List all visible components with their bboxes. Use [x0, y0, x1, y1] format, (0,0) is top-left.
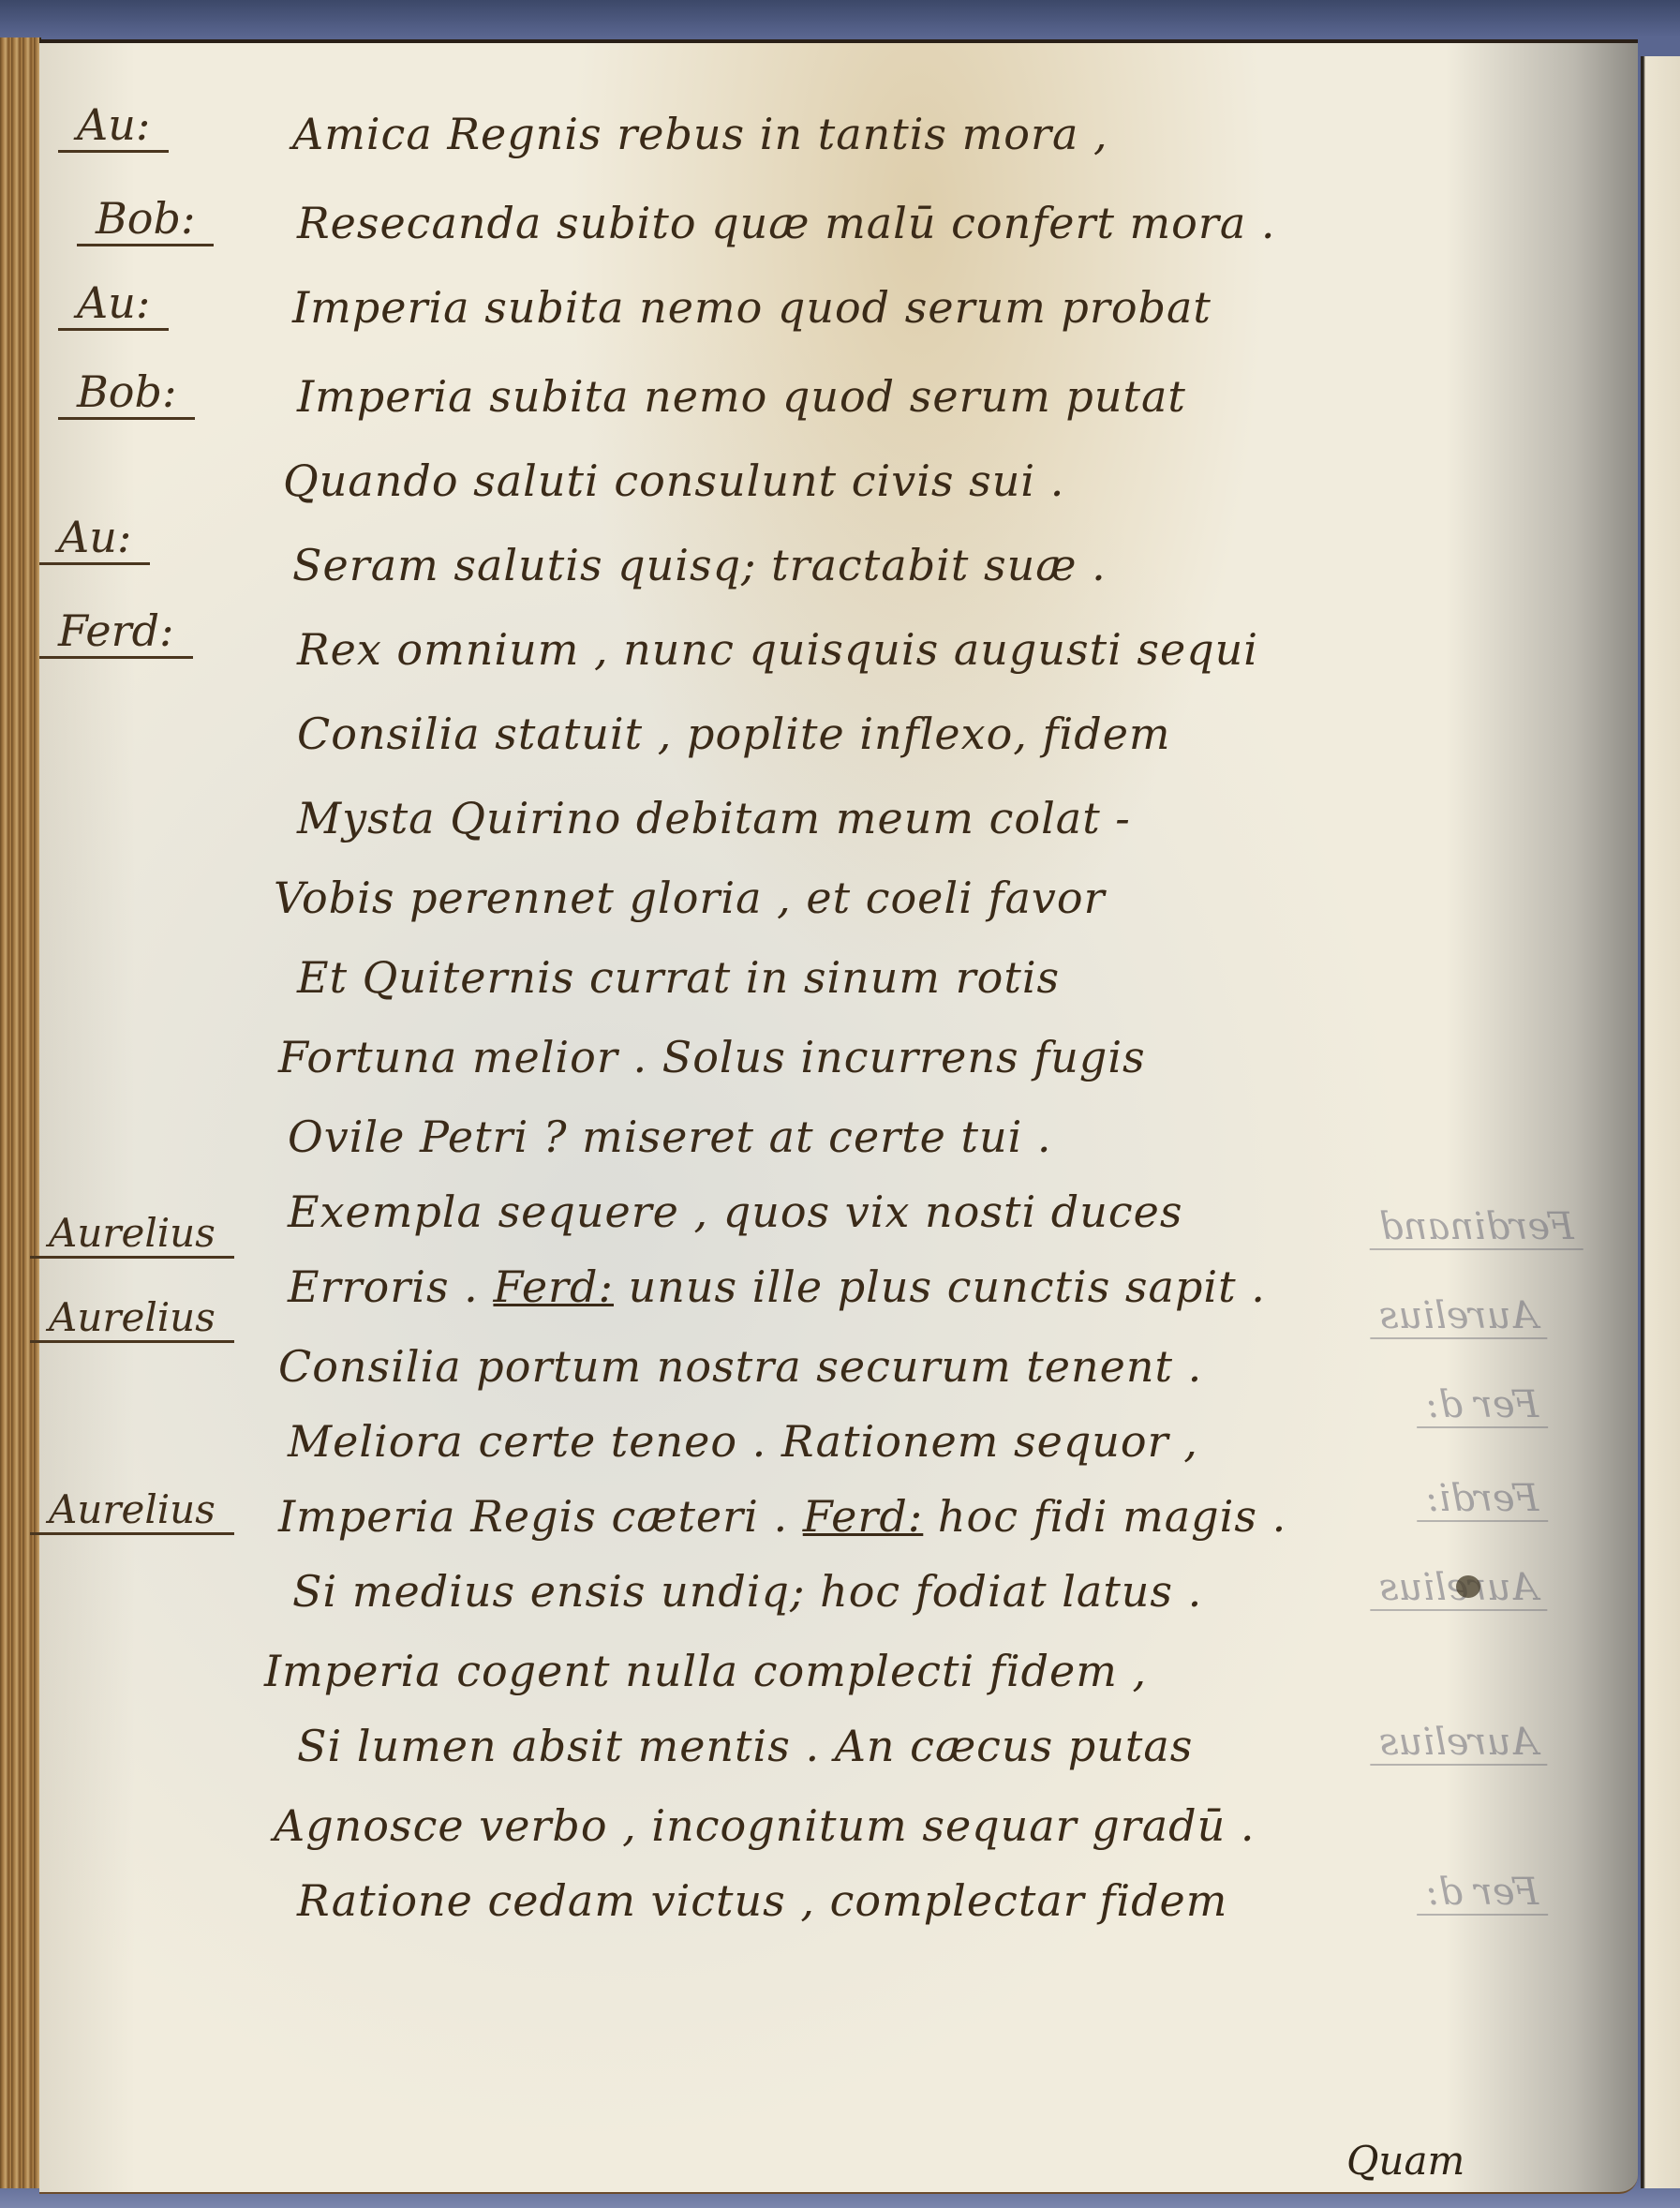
verse-text: Erroris .	[288, 1261, 479, 1312]
verse-line: Si lumen absit mentis . An cæcus putas	[297, 1721, 1193, 1771]
verse-line: Meliora certe teneo . Rationem sequor ,	[288, 1416, 1198, 1467]
verse-line: Ovile Petri ? miseret at certe tui .	[288, 1111, 1052, 1162]
speaker-label: Aurelius	[30, 1294, 234, 1343]
verse-text: Imperia Regis cæteri .	[278, 1491, 788, 1542]
verse-line: Ratione cedam victus , complectar fidem	[297, 1875, 1227, 1926]
bleed-through-note: Ferdi:	[1417, 1477, 1548, 1522]
inline-speaker-label: Ferd:	[803, 1491, 924, 1542]
verse-line: Agnosce verbo , incognitum sequar gradū …	[274, 1800, 1255, 1851]
next-page-edge	[1641, 56, 1680, 2188]
speaker-label: Bob:	[58, 366, 195, 420]
verse-line: Vobis perennet gloria , et coeli favor	[274, 873, 1106, 923]
verse-line: Imperia Regis cæteri . Ferd: hoc fidi ma…	[278, 1491, 1286, 1542]
speaker-label: Bob:	[77, 193, 214, 246]
verse-line: Consilia portum nostra securum tenent .	[278, 1341, 1202, 1392]
verse-line: Exempla sequere , quos vix nosti duces	[288, 1186, 1182, 1237]
manuscript-page: Au: Bob: Au: Bob: Au: Ferd: Aurelius Aur…	[39, 39, 1638, 2194]
verse-line: Imperia cogent nulla complecti fidem ,	[264, 1646, 1147, 1696]
verse-line: Imperia subita nemo quod serum putat	[297, 371, 1186, 422]
inline-speaker-label: Ferd:	[493, 1261, 614, 1312]
bleed-through-note: Aurelius	[1370, 1294, 1547, 1339]
verse-line: Erroris . Ferd: unus ille plus cunctis s…	[288, 1261, 1266, 1312]
verse-line: Seram salutis quisq; tractabit suæ .	[292, 540, 1107, 590]
verse-line: Imperia subita nemo quod serum probat	[292, 282, 1212, 333]
verse-text: unus ille plus cunctis sapit .	[614, 1261, 1266, 1312]
speaker-label: Aurelius	[30, 1210, 234, 1259]
verse-line: Quando saluti consulunt civis sui .	[283, 455, 1064, 506]
verse-line: Rex omnium , nunc quisquis augusti sequi	[297, 624, 1258, 675]
catchword: Quam	[1346, 2138, 1464, 2184]
verse-line: Et Quiternis currat in sinum rotis	[297, 952, 1060, 1003]
book-binding-edge	[0, 37, 41, 2188]
bleed-through-note: Ferdinand	[1370, 1205, 1583, 1250]
verse-line: Fortuna melior . Solus incurrens fugis	[278, 1032, 1146, 1082]
bleed-through-note: Fer d:	[1417, 1871, 1548, 1916]
verse-line: Si medius ensis undiq; hoc fodiat latus …	[292, 1566, 1202, 1617]
bleed-through-note: Aurelius	[1370, 1721, 1547, 1766]
verse-line: Consilia statuit , poplite inflexo, fide…	[297, 709, 1171, 759]
speaker-label: Aurelius	[30, 1486, 234, 1535]
speaker-label: Au:	[39, 512, 150, 565]
speaker-label: Ferd:	[39, 605, 193, 659]
verse-line: Amica Regnis rebus in tantis mora ,	[292, 109, 1108, 159]
verse-line: Mysta Quirino debitam meum colat -	[297, 793, 1131, 843]
verse-text: hoc fidi magis .	[923, 1491, 1286, 1542]
speaker-label: Au:	[58, 99, 169, 153]
verse-line: Resecanda subito quæ malū confert mora .	[297, 198, 1276, 248]
speaker-label: Au:	[58, 277, 169, 331]
ink-stain	[1456, 1575, 1480, 1598]
manuscript-scan: Au: Bob: Au: Bob: Au: Ferd: Aurelius Aur…	[0, 0, 1680, 2208]
bleed-through-note: Fer d:	[1417, 1383, 1548, 1428]
